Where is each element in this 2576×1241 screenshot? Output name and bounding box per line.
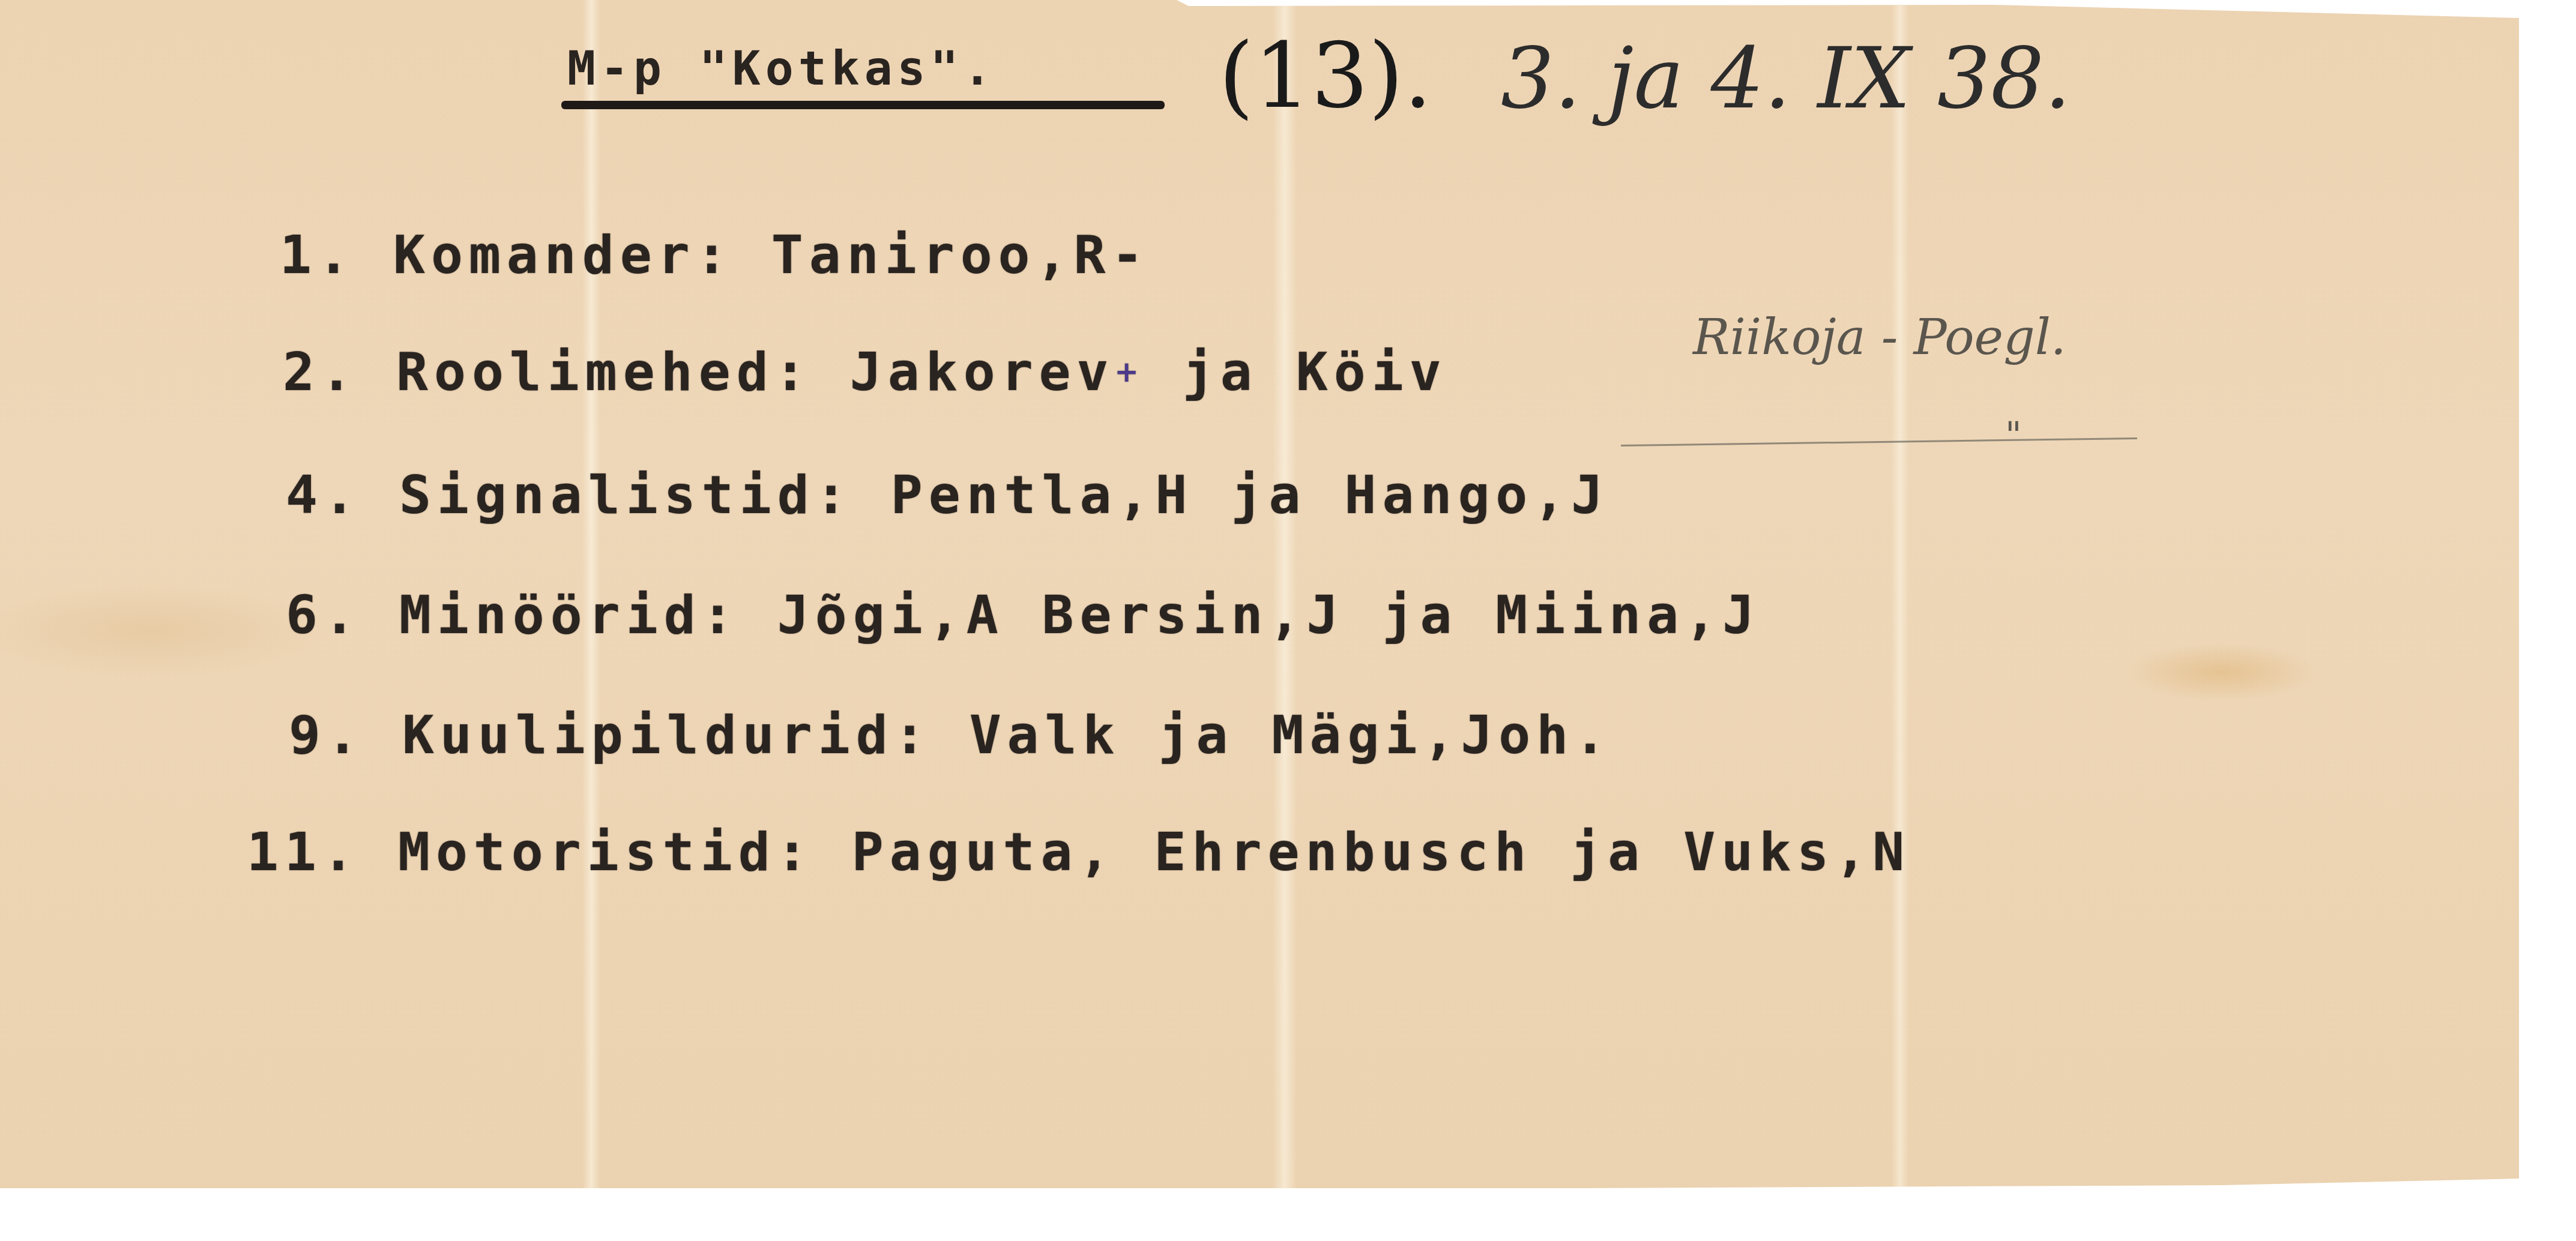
entry-names: Jakorev [850, 341, 1115, 403]
entry-row-2: 2. Roolimehed: Jakorev+ ja Köiv [207, 279, 1447, 403]
pencil-note: Riikoja - Poegl. [1693, 309, 2066, 366]
entry-role: Signalistid: [399, 464, 853, 526]
handwritten-date: 3. ja 4. IX 38. [1501, 30, 2071, 128]
entry-row-1: 1. Komander: Taniroo,R- [204, 162, 1150, 286]
entry-names: Paguta, Ehrenbusch ja Vuks,N [852, 821, 1910, 883]
entry-row-11: 11. Motoristid: Paguta, Ehrenbusch ja Vu… [171, 759, 1910, 883]
entry-role: Motoristid: [398, 821, 814, 883]
entry-names: Taniroo,R- [771, 224, 1150, 286]
entry-number: 1. [280, 224, 355, 286]
pencil-ditto-mark: " [2005, 414, 2022, 456]
entry-role: Roolimehed: [396, 341, 812, 403]
entry-role: Minöörid: [399, 584, 740, 646]
violet-cross-mark: + [1115, 355, 1145, 389]
entry-number: 6. [286, 584, 361, 646]
entry-number: 11. [247, 821, 360, 883]
entry-role: Komander: [393, 224, 734, 286]
document-title: M-p "Kotkas". [567, 42, 996, 96]
entry-names: Jõgi,A Bersin,J ja Miina,J [777, 584, 1761, 646]
entry-role: Kuulipildurid: [402, 704, 932, 766]
entry-number: 2. [283, 341, 358, 403]
entry-row-4: 4. Signalistid: Pentla,H ja Hango,J [210, 402, 1609, 526]
entry-row-6: 6. Minöörid: Jõgi,A Bersin,J ja Miina,J [210, 522, 1760, 646]
entry-names: Valk ja Mägi,Joh. [970, 704, 1612, 766]
document-title-block: M-p "Kotkas". [567, 42, 996, 96]
entry-row-9: 9. Kuulipildurid: Valk ja Mägi,Joh. [213, 642, 1612, 766]
entry-names: Pentla,H ja Hango,J [891, 464, 1609, 526]
entry-number: 4. [286, 464, 361, 526]
handwritten-number: (13). [1219, 24, 1432, 128]
entry-number: 9. [289, 704, 364, 766]
title-underline [561, 101, 1165, 109]
entry-names-after: ja Köiv [1183, 341, 1447, 403]
